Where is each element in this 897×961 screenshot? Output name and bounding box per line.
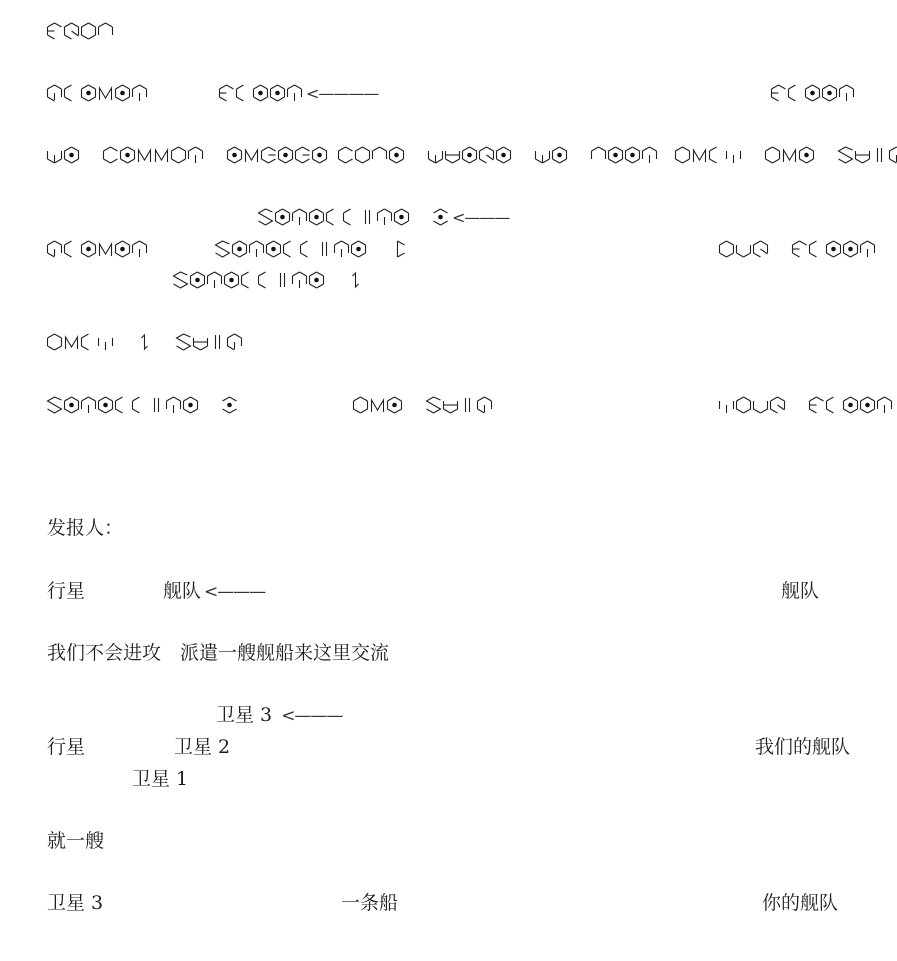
alien-glyph-n-icon [97, 84, 114, 102]
cn-diagram3-your-fleet: 你的舰队 [762, 891, 838, 915]
alien-word [172, 271, 325, 289]
alien-diagram2-satellite3: <——— [257, 208, 509, 226]
cn-message2: 就一艘 [47, 829, 104, 853]
alien-glyph-o-icon [170, 146, 187, 164]
alien-script-text [257, 208, 449, 226]
alien-glyph-o-icon [352, 396, 369, 414]
alien-glyph-r-icon [752, 240, 769, 258]
alien-word [718, 240, 769, 258]
alien-glyph-e-icon [226, 146, 243, 164]
cn-diagram2-satellite2: 卫星 2 [174, 735, 230, 759]
alien-glyph-l-icon [282, 240, 299, 258]
alien-glyph-t-icon [333, 240, 350, 258]
alien-script-text [674, 146, 897, 164]
alien-diagram2-satellite2 [214, 240, 406, 258]
alien-glyph-e-icon [842, 240, 859, 258]
arrow-left-icon: <——— [204, 582, 265, 602]
alien-glyph-e-icon [495, 146, 512, 164]
alien-script-text [214, 240, 406, 258]
alien-glyph-t-icon [286, 84, 303, 102]
alien-glyph-p-icon [46, 84, 63, 102]
alien-glyph-a-icon [274, 208, 291, 226]
alien-glyph-e-icon [311, 146, 328, 164]
alien-word [46, 333, 114, 351]
alien-word [46, 396, 199, 414]
alien-glyph-e-icon [804, 84, 821, 102]
alien-glyph-t-icon [206, 271, 223, 289]
alien-glyph-l-icon [825, 396, 842, 414]
alien-glyph-3-icon [432, 208, 449, 226]
alien-glyph-e-icon [825, 240, 842, 258]
alien-glyph-e-icon [388, 146, 405, 164]
alien-glyph-3-icon [221, 396, 238, 414]
alien-word [337, 146, 405, 164]
alien-glyph-o-icon [46, 333, 63, 351]
alien-glyph-s-icon [214, 240, 231, 258]
alien-glyph-y-icon [725, 146, 742, 164]
alien-word [389, 240, 406, 258]
alien-glyph-t-icon [187, 146, 204, 164]
alien-glyph-l-icon [787, 84, 804, 102]
alien-glyph-e-icon [114, 240, 131, 258]
alien-glyph-f-icon [770, 84, 787, 102]
alien-diagram3-your-fleet [718, 396, 893, 414]
cn-diagram1-fleet: 舰队 [163, 580, 201, 602]
alien-diagram1-fleet-arrow: <———— [218, 84, 378, 102]
arrow-left-icon: <———— [306, 84, 378, 103]
alien-message1-part2 [337, 146, 658, 164]
alien-word [46, 84, 148, 102]
alien-glyph-n-icon [243, 146, 260, 164]
cn-diagram2-planet: 行星 [47, 735, 85, 759]
alien-glyph-e-icon [350, 240, 367, 258]
alien-glyph-r-icon [63, 22, 80, 40]
alien-glyph-e-icon [63, 146, 80, 164]
alien-glyph-t-icon [131, 84, 148, 102]
alien-glyph-o-icon [764, 146, 781, 164]
alien-glyph-l-icon [708, 146, 725, 164]
alien-glyph-i-icon [871, 146, 888, 164]
alien-glyph-o-icon [718, 240, 735, 258]
alien-glyph-n-icon [97, 240, 114, 258]
alien-glyph-l-icon [80, 333, 97, 351]
alien-glyph-s-icon [837, 146, 854, 164]
alien-glyph-t-icon [80, 396, 97, 414]
alien-script-text [46, 240, 148, 258]
alien-script-text [718, 396, 893, 414]
alien-diagram2-satellite1 [172, 271, 364, 289]
alien-glyph-h-icon [442, 396, 459, 414]
alien-glyph-l-icon [325, 208, 342, 226]
alien-glyph-a-icon [277, 146, 294, 164]
cn-diagram1-fleet-arrow: 舰队<——— [163, 579, 265, 604]
alien-word [427, 146, 512, 164]
alien-word [764, 146, 815, 164]
alien-glyph-r-icon [478, 146, 495, 164]
alien-glyph-t-icon [641, 146, 658, 164]
alien-glyph-n-icon [781, 146, 798, 164]
alien-glyph-o-icon [80, 22, 97, 40]
alien-glyph-l-icon [114, 396, 131, 414]
alien-glyph-o-icon [674, 146, 691, 164]
alien-script-text [46, 396, 238, 414]
alien-glyph-l-icon [63, 240, 80, 258]
cn-diagram1-fleet-right: 舰队 [781, 579, 819, 603]
alien-glyph-o-icon [354, 146, 371, 164]
alien-glyph-t-icon [838, 84, 855, 102]
alien-glyph-w-icon [46, 146, 63, 164]
alien-glyph-e-icon [551, 146, 568, 164]
alien-glyph-h-icon [192, 333, 209, 351]
alien-glyph-t-icon [131, 240, 148, 258]
alien-glyph-n-icon [63, 333, 80, 351]
alien-glyph-i-icon [359, 208, 376, 226]
alien-glyph-a-icon [231, 240, 248, 258]
alien-glyph-2-icon [389, 240, 406, 258]
alien-glyph-e-icon [114, 84, 131, 102]
alien-glyph-e-icon [842, 396, 859, 414]
alien-glyph-i-icon [209, 333, 226, 351]
alien-message2 [46, 333, 243, 351]
alien-glyph-l-icon [63, 84, 80, 102]
cn-diagram3-satellite3: 卫星 3 [47, 891, 103, 915]
alien-glyph-e-icon [461, 146, 478, 164]
alien-glyph-i-icon [316, 240, 333, 258]
alien-glyph-e-icon [308, 271, 325, 289]
alien-word [102, 146, 204, 164]
alien-glyph-l-icon [299, 240, 316, 258]
alien-glyph-n-icon [691, 146, 708, 164]
alien-glyph-s-icon [257, 208, 274, 226]
alien-glyph-t-icon [876, 396, 893, 414]
alien-glyph-e-icon [859, 396, 876, 414]
alien-word [46, 22, 114, 40]
alien-message1-part1 [46, 146, 328, 164]
alien-glyph-h-icon [444, 146, 461, 164]
alien-glyph-s-icon [172, 271, 189, 289]
alien-glyph-l-icon [257, 271, 274, 289]
alien-glyph-t-icon [376, 208, 393, 226]
alien-word [718, 396, 786, 414]
alien-word [136, 333, 153, 351]
cn-diagram2-satellite1: 卫星 1 [132, 767, 188, 791]
alien-glyph-i-icon [274, 271, 291, 289]
alien-glyph-m-icon [371, 146, 388, 164]
alien-glyph-f-icon [218, 84, 235, 102]
alien-word [674, 146, 742, 164]
alien-glyph-e-icon [607, 146, 624, 164]
alien-glyph-t-icon [291, 208, 308, 226]
alien-glyph-y-icon [718, 396, 735, 414]
alien-glyph-e-icon [269, 84, 286, 102]
alien-script-text [46, 84, 148, 102]
alien-glyph-s-icon [46, 396, 63, 414]
alien-glyph-e-icon [182, 396, 199, 414]
alien-glyph-l-icon [235, 84, 252, 102]
alien-glyph-e-icon [798, 146, 815, 164]
alien-glyph-l-icon [808, 240, 825, 258]
alien-word [46, 240, 148, 258]
alien-glyph-1-icon [347, 271, 364, 289]
alien-word [175, 333, 243, 351]
cn-message1: 我们不会进攻 派遣一艘舰船来这里交流 [47, 641, 389, 665]
alien-script-text [718, 240, 876, 258]
cn-diagram2-satellite3: 卫星 3 <——— [216, 703, 342, 728]
alien-glyph-n-icon [153, 146, 170, 164]
alien-glyph-s-icon [425, 396, 442, 414]
alien-glyph-u-icon [752, 396, 769, 414]
cn-diagram1-planet: 行星 [47, 579, 85, 603]
alien-script-text [218, 84, 303, 102]
alien-glyph-s-icon [175, 333, 192, 351]
alien-word [221, 396, 238, 414]
alien-diagram3-one-ship [352, 396, 493, 414]
alien-diagram2-our-fleet [718, 240, 876, 258]
alien-glyph-a-icon [80, 240, 97, 258]
alien-script-text [352, 396, 493, 414]
alien-glyph-a-icon [63, 396, 80, 414]
alien-glyph-t-icon [291, 271, 308, 289]
alien-glyph-h-icon [854, 146, 871, 164]
alien-diagram2-planet [46, 240, 148, 258]
alien-glyph-t-icon [859, 240, 876, 258]
alien-glyph-e-icon [624, 146, 641, 164]
alien-word [534, 146, 568, 164]
alien-glyph-n-icon [369, 396, 386, 414]
alien-script-text [46, 146, 328, 164]
alien-glyph-e-icon [308, 208, 325, 226]
alien-word [347, 271, 364, 289]
alien-word [791, 240, 876, 258]
alien-glyph-r-icon [769, 396, 786, 414]
alien-glyph-u-icon [735, 240, 752, 258]
alien-glyph-g-icon [260, 146, 277, 164]
alien-glyph-i-icon [148, 396, 165, 414]
alien-word [226, 146, 328, 164]
alien-word [770, 84, 855, 102]
alien-glyph-o-icon [735, 396, 752, 414]
alien-glyph-e-icon [386, 396, 403, 414]
alien-glyph-m-icon [590, 146, 607, 164]
alien-glyph-e-icon [252, 84, 269, 102]
from-label [46, 22, 114, 40]
alien-word [837, 146, 897, 164]
alien-script-text [46, 333, 243, 351]
alien-word [46, 146, 80, 164]
alien-word [352, 396, 403, 414]
alien-glyph-a-icon [80, 84, 97, 102]
alien-message1-part3 [674, 146, 897, 164]
alien-glyph-t-icon [248, 240, 265, 258]
alien-glyph-f-icon [46, 22, 63, 40]
alien-word [425, 396, 493, 414]
alien-script-text [770, 84, 855, 102]
alien-glyph-p-icon [46, 240, 63, 258]
alien-glyph-c-icon [337, 146, 354, 164]
alien-word [432, 208, 449, 226]
arrow-left-icon: <——— [281, 706, 342, 726]
arrow-left-icon: <——— [452, 208, 509, 227]
cn-diagram3-one-ship: 一条船 [341, 891, 398, 915]
alien-glyph-n-icon [136, 146, 153, 164]
alien-diagram3-satellite3 [46, 396, 238, 414]
cn-satellite3-label: 卫星 3 [216, 704, 272, 726]
alien-glyph-a-icon [119, 146, 136, 164]
alien-glyph-m-icon [97, 22, 114, 40]
alien-word [590, 146, 658, 164]
alien-glyph-p-icon [888, 146, 897, 164]
alien-glyph-p-icon [226, 333, 243, 351]
alien-glyph-p-icon [476, 396, 493, 414]
alien-diagram1-fleet [770, 84, 855, 102]
alien-script-text [337, 146, 658, 164]
alien-script-text [172, 271, 364, 289]
alien-glyph-l-icon [342, 208, 359, 226]
alien-word [214, 240, 367, 258]
alien-glyph-w-icon [534, 146, 551, 164]
alien-glyph-e-icon [223, 271, 240, 289]
alien-glyph-1-icon [136, 333, 153, 351]
alien-glyph-e-icon [393, 208, 410, 226]
alien-glyph-w-icon [427, 146, 444, 164]
alien-glyph-f-icon [808, 396, 825, 414]
alien-glyph-y-icon [97, 333, 114, 351]
alien-glyph-l-icon [240, 271, 257, 289]
alien-glyph-c-icon [102, 146, 119, 164]
cn-diagram2-our-fleet: 我们的舰队 [755, 735, 850, 759]
alien-glyph-i-icon [459, 396, 476, 414]
alien-glyph-t-icon [165, 396, 182, 414]
sender-label: 发报人： [47, 516, 123, 540]
alien-glyph-a-icon [189, 271, 206, 289]
alien-word [257, 208, 410, 226]
alien-glyph-e-icon [265, 240, 282, 258]
alien-word [218, 84, 303, 102]
alien-word [808, 396, 893, 414]
alien-script-text [46, 22, 114, 40]
alien-glyph-f-icon [791, 240, 808, 258]
alien-glyph-l-icon [131, 396, 148, 414]
alien-glyph-g-icon [294, 146, 311, 164]
alien-glyph-e-icon [821, 84, 838, 102]
alien-glyph-e-icon [97, 396, 114, 414]
alien-diagram1-planet [46, 84, 148, 102]
